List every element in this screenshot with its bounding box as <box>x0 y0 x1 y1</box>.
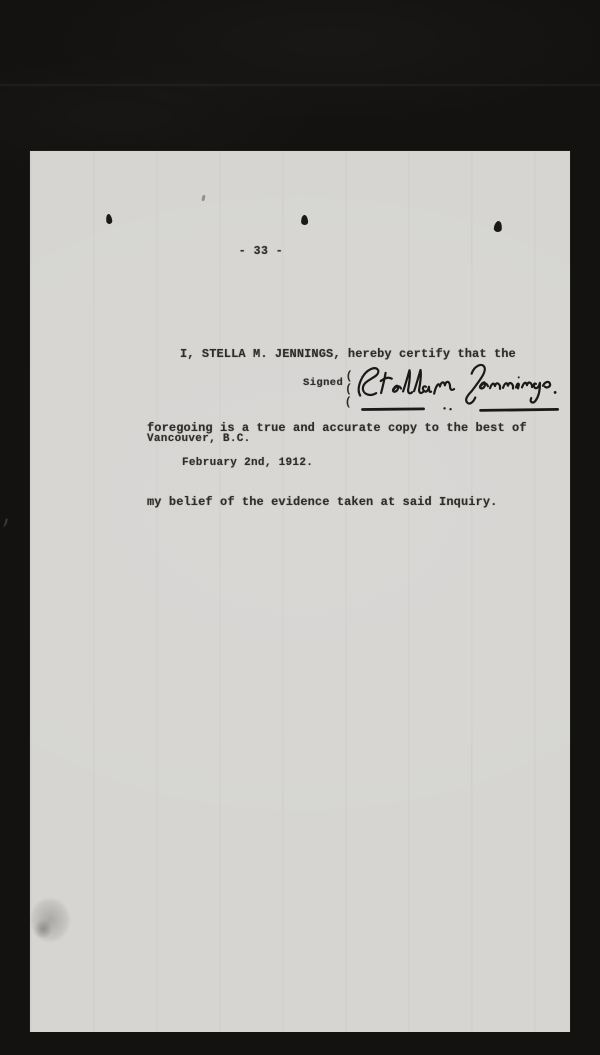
microfilm-background: - 33 - I, STELLA M. JENNINGS, hereby cer… <box>0 0 600 1055</box>
certification-paragraph: I, STELLA M. JENNINGS, hereby certify th… <box>147 293 532 564</box>
page-number: - 33 - <box>228 246 294 258</box>
ink-blot <box>105 214 112 225</box>
ink-blot <box>301 215 309 225</box>
ink-blot <box>493 221 502 233</box>
date-line: February 2nd, 1912. <box>182 457 313 469</box>
signature-handwriting <box>351 359 563 417</box>
document-page: - 33 - I, STELLA M. JENNINGS, hereby cer… <box>30 151 570 1033</box>
signed-label: Signed <box>303 377 343 389</box>
scan-smudge <box>30 915 56 943</box>
film-edge-speck <box>0 517 8 527</box>
faint-speck <box>201 195 205 202</box>
certification-line: my belief of the evidence taken at said … <box>147 490 532 515</box>
place-line: Vancouver, B.C. <box>147 433 251 445</box>
film-bottom-band <box>0 1032 600 1055</box>
film-seam-line <box>0 84 600 86</box>
